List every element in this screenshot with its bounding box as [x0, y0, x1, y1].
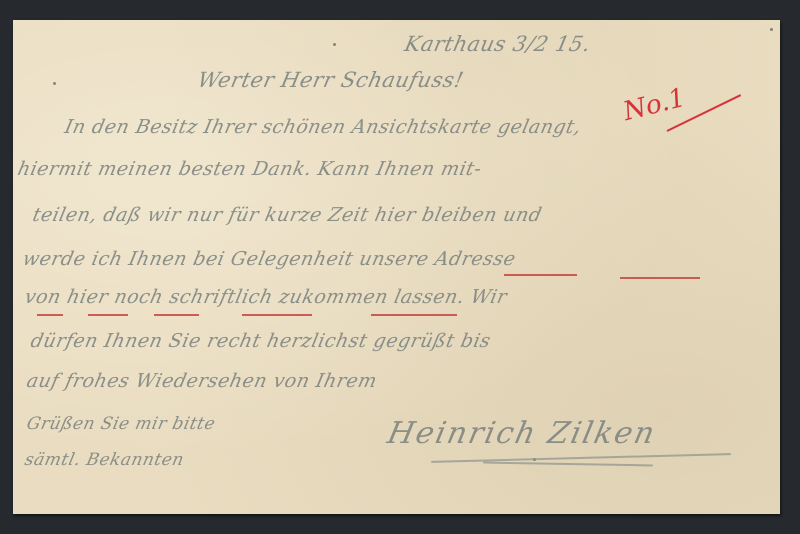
red-underline [37, 314, 63, 316]
red-underline [154, 314, 199, 316]
body-line: teilen, daß wir nur für kurze Zeit hier … [31, 204, 544, 226]
place-date: Karthaus 3/2 15. [402, 32, 593, 56]
red-annotation: No.1 [620, 83, 688, 127]
signature-flourish [431, 453, 731, 463]
signature-flourish [483, 462, 653, 467]
salutation: Werter Herr Schaufuss! [195, 68, 466, 92]
red-underline [371, 314, 457, 316]
red-underline [88, 314, 128, 316]
body-line: werde ich Ihnen bei Gelegenheit unsere A… [21, 248, 518, 270]
body-line: dürfen Ihnen Sie recht herzlichst gegrüß… [29, 330, 493, 352]
paper-speck [770, 28, 773, 31]
postscript-line: Grüßen Sie mir bitte [25, 414, 217, 434]
signature: Heinrich Zilken [384, 416, 659, 451]
red-underline [620, 277, 700, 279]
paper-speck [53, 82, 56, 85]
body-line: In den Besitz Ihrer schönen Ansichtskart… [63, 116, 584, 138]
red-underline [242, 314, 312, 316]
body-line: auf frohes Wiedersehen von Ihrem [25, 370, 379, 392]
paper-speck [333, 43, 336, 46]
body-line: von hier noch schriftlich zukommen lasse… [23, 286, 510, 308]
postcard: Karthaus 3/2 15. Werter Herr Schaufuss! … [13, 20, 780, 514]
body-line: hiermit meinen besten Dank. Kann Ihnen m… [16, 158, 484, 180]
red-underline [504, 274, 577, 276]
postscript-line: sämtl. Bekannten [23, 450, 186, 470]
